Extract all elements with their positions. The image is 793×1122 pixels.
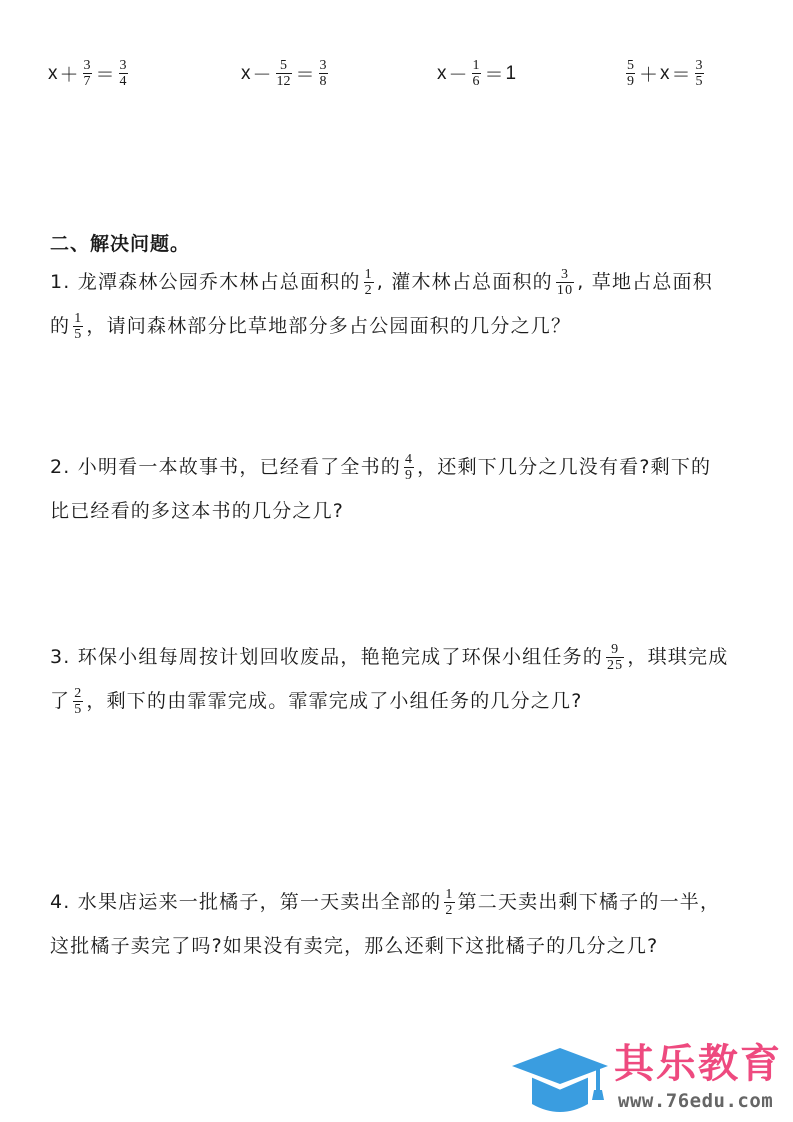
fraction-numerator: 3 [119,58,128,73]
equation-2: x－512＝38 [241,58,330,89]
fraction: 512 [276,58,292,89]
problem-text: ，琪琪完成 [627,635,728,679]
fraction: 12 [444,887,454,918]
fraction-denominator: 5 [695,73,704,89]
problem-line: 的15，请问森林部分比草地部分多占公园面积的几分之几？ [50,304,750,348]
fraction-denominator: 6 [472,73,481,89]
fraction-denominator: 9 [404,467,414,483]
fraction-denominator: 8 [319,73,328,89]
fraction-denominator: 4 [119,73,128,89]
problem-line: 1. 龙潭森林公园乔木林占总面积的12, 灌木林占总面积的310, 草地占总面积 [50,260,750,304]
problem-line: 4. 水果店运来一批橘子，第一天卖出全部的12第二天卖出剩下橘子的一半， [50,880,750,924]
section-title: 二、解决问题。 [50,229,190,256]
graduation-cap-icon [510,1046,610,1122]
fraction-denominator: 5 [73,326,83,342]
operator: ＋ [639,60,658,87]
fraction: 38 [319,58,328,89]
operator: ＝ [96,60,115,87]
term: x [660,63,670,85]
brand-url: www.76edu.com [618,1090,773,1112]
problem-text: 比已经看的多这本书的几分之几? [50,489,344,533]
fraction-denominator: 25 [606,657,624,673]
fraction: 310 [556,267,574,298]
fraction-numerator: 5 [626,58,635,73]
brand-logo: 其乐教育 www.76edu.com [510,1040,793,1118]
fraction-numerator: 4 [404,452,414,467]
problem-text: ，剩下的由霏霏完成。霏霏完成了小组任务的几分之几? [86,679,582,723]
operator: － [449,60,468,87]
brand-name: 其乐教育 [614,1042,782,1086]
problem-text: 3. 环保小组每周按计划回收废品，艳艳完成了环保小组任务的 [50,635,603,679]
problem-text: 2. 小明看一本故事书，已经看了全书的 [50,445,401,489]
problem-text: ，还剩下几分之几没有看?剩下的 [417,445,711,489]
problem-text: , 草地占总面积 [577,260,713,304]
problem-line: 3. 环保小组每周按计划回收废品，艳艳完成了环保小组任务的925，琪琪完成 [50,635,750,679]
fraction-numerator: 5 [279,58,288,73]
fraction: 59 [626,58,635,89]
problem-text: 的 [50,304,70,348]
term: x [241,63,251,85]
fraction-numerator: 3 [319,58,328,73]
fraction-numerator: 3 [695,58,704,73]
fraction-numerator: 2 [73,686,83,701]
fraction-denominator: 12 [276,73,292,89]
problem-2: 2. 小明看一本故事书，已经看了全书的49，还剩下几分之几没有看?剩下的比已经看… [50,445,750,533]
fraction-numerator: 9 [610,642,620,657]
fraction: 34 [119,58,128,89]
problem-text: 1. 龙潭森林公园乔木林占总面积的 [50,260,361,304]
fraction: 37 [83,58,92,89]
problem-line: 这批橘子卖完了吗?如果没有卖完，那么还剩下这批橘子的几分之几? [50,924,750,968]
fraction: 15 [73,311,83,342]
fraction-numerator: 1 [472,58,481,73]
operator: － [253,60,272,87]
problem-line: 2. 小明看一本故事书，已经看了全书的49，还剩下几分之几没有看?剩下的 [50,445,750,489]
problem-text: 了 [50,679,70,723]
problem-line: 了25，剩下的由霏霏完成。霏霏完成了小组任务的几分之几? [50,679,750,723]
fraction-numerator: 1 [73,311,83,326]
problem-4: 4. 水果店运来一批橘子，第一天卖出全部的12第二天卖出剩下橘子的一半，这批橘子… [50,880,750,968]
problem-text: 第二天卖出剩下橘子的一半， [458,880,721,924]
term: x [437,63,447,85]
fraction-denominator: 2 [444,902,454,918]
fraction: 25 [73,686,83,717]
problem-text: , 灌木林占总面积的 [377,260,553,304]
fraction: 16 [472,58,481,89]
fraction-denominator: 2 [364,282,374,298]
equation-3: x－16＝1 [437,58,516,89]
fraction: 12 [364,267,374,298]
fraction: 35 [695,58,704,89]
problem-text: ，请问森林部分比草地部分多占公园面积的几分之几？ [86,304,571,348]
equation-4: 59＋x＝35 [624,58,706,89]
operator: ＝ [485,60,504,87]
term: 1 [506,63,517,85]
problem-3: 3. 环保小组每周按计划回收废品，艳艳完成了环保小组任务的925，琪琪完成了25… [50,635,750,723]
fraction-numerator: 3 [560,267,570,282]
operator: ＝ [672,60,691,87]
fraction-numerator: 1 [444,887,454,902]
equation-row: x＋37＝34 x－512＝38 x－16＝1 59＋x＝35 [0,58,793,98]
fraction-denominator: 5 [73,701,83,717]
fraction-denominator: 7 [83,73,92,89]
problem-text: 4. 水果店运来一批橘子，第一天卖出全部的 [50,880,441,924]
problem-text: 这批橘子卖完了吗?如果没有卖完，那么还剩下这批橘子的几分之几? [50,924,658,968]
fraction-numerator: 3 [83,58,92,73]
equation-1: x＋37＝34 [48,58,130,89]
fraction: 925 [606,642,624,673]
problem-line: 比已经看的多这本书的几分之几? [50,489,750,533]
fraction-denominator: 10 [556,282,574,298]
fraction-numerator: 1 [364,267,374,282]
fraction: 49 [404,452,414,483]
problem-1: 1. 龙潭森林公园乔木林占总面积的12, 灌木林占总面积的310, 草地占总面积… [50,260,750,348]
operator: ＝ [296,60,315,87]
term: x [48,63,58,85]
fraction-denominator: 9 [626,73,635,89]
operator: ＋ [60,60,79,87]
